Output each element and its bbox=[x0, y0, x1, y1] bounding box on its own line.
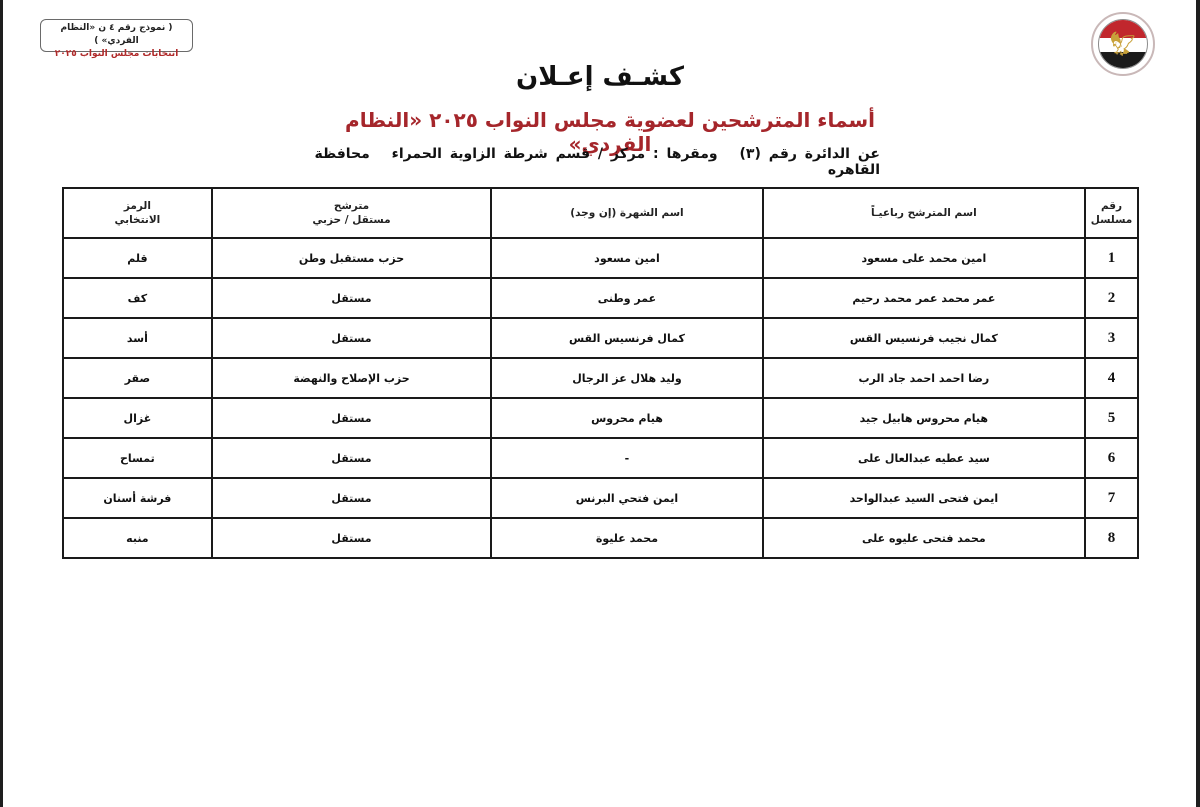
cell-full-name: محمد فتحى عليوه على bbox=[763, 518, 1085, 558]
cell-symbol: قلم bbox=[63, 238, 212, 278]
cell-alias: ايمن فتحي البرنس bbox=[491, 478, 762, 518]
cell-alias: محمد عليوة bbox=[491, 518, 762, 558]
cell-symbol: غزال bbox=[63, 398, 212, 438]
cell-full-name: امين محمد على مسعود bbox=[763, 238, 1085, 278]
district-info: عن الدائرة رقم (٣) ومقرها : مركز / قسم ش… bbox=[300, 146, 880, 178]
cell-symbol: منبه bbox=[63, 518, 212, 558]
right-frame-edge bbox=[1196, 0, 1200, 807]
cell-serial: 5 bbox=[1085, 398, 1138, 438]
cell-affiliation: مستقل bbox=[212, 478, 491, 518]
cell-alias: هيام محروس bbox=[491, 398, 762, 438]
table-header-row: رقم مسلسل اسم المترشح رباعيـاً اسم الشهر… bbox=[63, 188, 1138, 238]
table-row: 3 كمال نجيب فرنسيس القس كمال فرنسيس القس… bbox=[63, 318, 1138, 358]
cell-full-name: ايمن فتحى السيد عبدالواحد bbox=[763, 478, 1085, 518]
cell-full-name: هيام محروس هابيل جيد bbox=[763, 398, 1085, 438]
cell-alias: - bbox=[491, 438, 762, 478]
cell-full-name: كمال نجيب فرنسيس القس bbox=[763, 318, 1085, 358]
cell-serial: 1 bbox=[1085, 238, 1138, 278]
cell-serial: 6 bbox=[1085, 438, 1138, 478]
cell-alias: وليد هلال عز الرجال bbox=[491, 358, 762, 398]
cell-symbol: كف bbox=[63, 278, 212, 318]
egypt-eagle-emblem-icon: 🦅︎ bbox=[1108, 32, 1138, 56]
header-serial: رقم مسلسل bbox=[1085, 188, 1138, 238]
cell-alias: امين مسعود bbox=[491, 238, 762, 278]
cell-affiliation: مستقل bbox=[212, 518, 491, 558]
cell-full-name: عمر محمد عمر محمد رحيم bbox=[763, 278, 1085, 318]
election-name-line: انتخابات مجلس النواب ٢٠٢٥ bbox=[41, 48, 192, 61]
cell-symbol: أسد bbox=[63, 318, 212, 358]
cell-affiliation: مستقل bbox=[212, 398, 491, 438]
cell-affiliation: حزب مستقبل وطن bbox=[212, 238, 491, 278]
cell-serial: 3 bbox=[1085, 318, 1138, 358]
cell-affiliation: مستقل bbox=[212, 438, 491, 478]
cell-affiliation: مستقل bbox=[212, 278, 491, 318]
table-row: 4 رضا احمد احمد جاد الرب وليد هلال عز ال… bbox=[63, 358, 1138, 398]
table-row: 7 ايمن فتحى السيد عبدالواحد ايمن فتحي ال… bbox=[63, 478, 1138, 518]
cell-serial: 7 bbox=[1085, 478, 1138, 518]
candidates-table: رقم مسلسل اسم المترشح رباعيـاً اسم الشهر… bbox=[62, 187, 1139, 559]
form-number-label: ( نموذج رقم ٤ ن «النظام الفردي» ) انتخاب… bbox=[40, 19, 193, 52]
cell-alias: عمر وطنى bbox=[491, 278, 762, 318]
left-frame-edge bbox=[0, 0, 3, 807]
cell-alias: كمال فرنسيس القس bbox=[491, 318, 762, 358]
header-full-name: اسم المترشح رباعيـاً bbox=[763, 188, 1085, 238]
table-row: 2 عمر محمد عمر محمد رحيم عمر وطنى مستقل … bbox=[63, 278, 1138, 318]
table-row: 1 امين محمد على مسعود امين مسعود حزب مست… bbox=[63, 238, 1138, 278]
cell-serial: 2 bbox=[1085, 278, 1138, 318]
district-seat: ومقرها : مركز / قسم شرطة الزاوية الحمراء bbox=[392, 146, 718, 162]
table-row: 8 محمد فتحى عليوه على محمد عليوة مستقل م… bbox=[63, 518, 1138, 558]
table-row: 6 سيد عطيه عبدالعال على - مستقل تمساح bbox=[63, 438, 1138, 478]
cell-full-name: سيد عطيه عبدالعال على bbox=[763, 438, 1085, 478]
district-number: عن الدائرة رقم (٣) bbox=[739, 146, 880, 162]
cell-affiliation: حزب الإصلاح والنهضة bbox=[212, 358, 491, 398]
cell-affiliation: مستقل bbox=[212, 318, 491, 358]
cell-full-name: رضا احمد احمد جاد الرب bbox=[763, 358, 1085, 398]
form-number-line: ( نموذج رقم ٤ ن «النظام الفردي» ) bbox=[41, 22, 192, 48]
page-title: كشـف إعـلان bbox=[0, 62, 1200, 92]
header-affiliation: مترشح مستقل / حزبي bbox=[212, 188, 491, 238]
cell-symbol: صقر bbox=[63, 358, 212, 398]
cell-serial: 4 bbox=[1085, 358, 1138, 398]
header-symbol: الرمز الانتخابي bbox=[63, 188, 212, 238]
cell-serial: 8 bbox=[1085, 518, 1138, 558]
header-alias: اسم الشهرة (إن وجد) bbox=[491, 188, 762, 238]
cell-symbol: تمساح bbox=[63, 438, 212, 478]
table-row: 5 هيام محروس هابيل جيد هيام محروس مستقل … bbox=[63, 398, 1138, 438]
cell-symbol: فرشة أسنان bbox=[63, 478, 212, 518]
